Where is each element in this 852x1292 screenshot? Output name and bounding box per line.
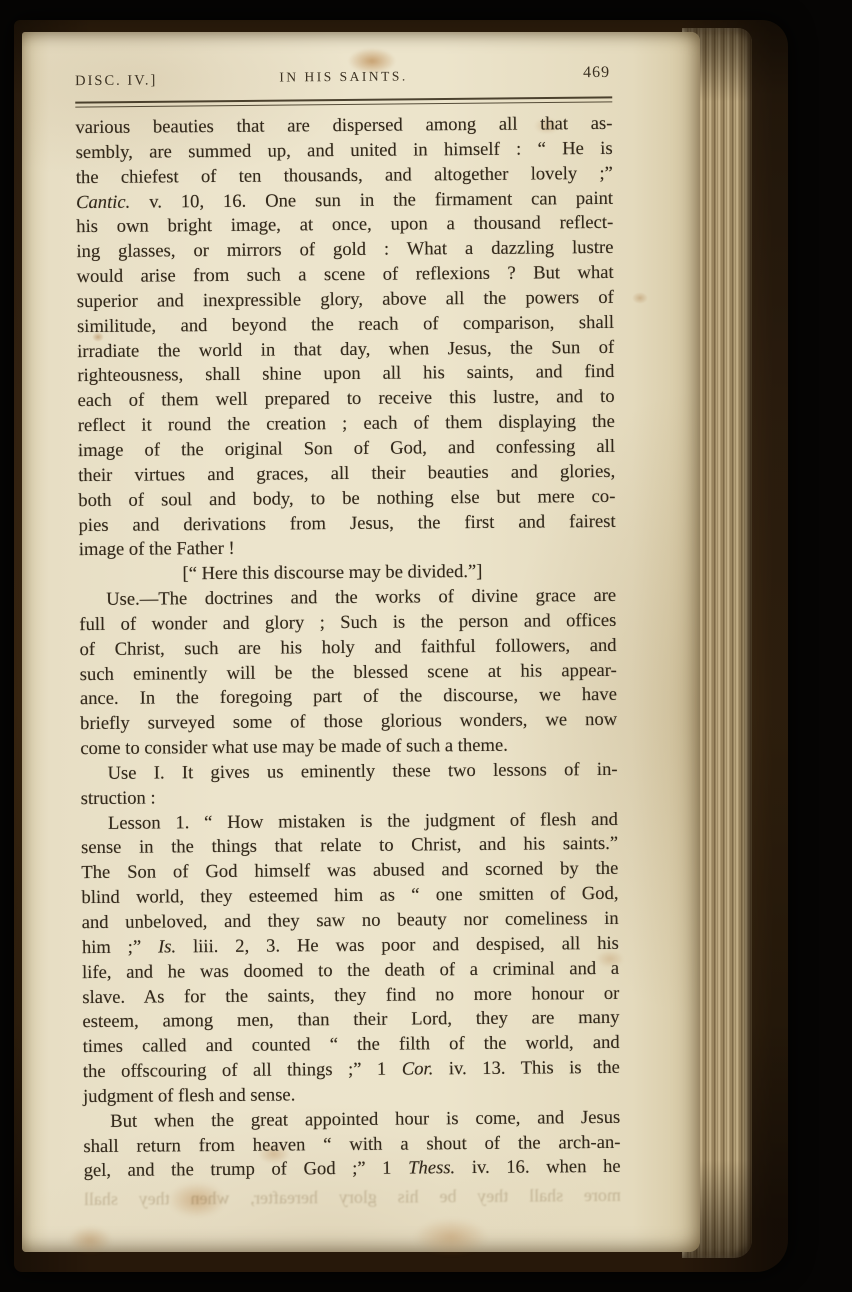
text-line: of Christ, such are his holy and faithfu… xyxy=(79,634,616,663)
text-line: briefly surveyed some of those glorious … xyxy=(80,708,617,737)
book: DISC. IV.] IN HIS SAINTS. 469 various be… xyxy=(14,20,788,1272)
text-line: gel, and the trump of God ;” 1 Thess. iv… xyxy=(84,1155,621,1184)
stain xyxy=(632,292,648,304)
body-text: various beauties that are dispersed amon… xyxy=(75,112,620,1184)
typeset-block: DISC. IV.] IN HIS SAINTS. 469 various be… xyxy=(75,66,621,1212)
text-line: life, and he was doomed to the death of … xyxy=(82,957,619,986)
stain xyxy=(414,1218,488,1256)
text-line: the offscouring of all things ;” 1 Cor. … xyxy=(83,1056,620,1085)
text-line: Use I. It gives us eminently these two l… xyxy=(80,758,617,787)
running-head: DISC. IV.] IN HIS SAINTS. 469 xyxy=(75,66,612,94)
stain xyxy=(68,1226,112,1254)
text-line: the chiefest of ten thousands, and altog… xyxy=(76,162,613,191)
text-line: But when the great appointed hour is com… xyxy=(83,1106,620,1135)
text-line: him ;” Is. liii. 2, 3. He was poor and d… xyxy=(82,932,619,961)
scanned-book-page: DISC. IV.] IN HIS SAINTS. 469 various be… xyxy=(22,32,700,1252)
text-line: pies and derivations from Jesus, the fir… xyxy=(78,509,615,538)
text-line: their virtues and graces, all their beau… xyxy=(78,460,615,489)
text-line: both of soul and body, to be nothing els… xyxy=(78,485,615,514)
text-line: sembly, are summed up, and united in him… xyxy=(76,137,613,166)
text-line: similitude, and beyond the reach of comp… xyxy=(77,311,614,340)
text-line: full of wonder and glory ; Such is the p… xyxy=(79,609,616,638)
text-line: superior and inexpressible glory, above … xyxy=(77,286,614,315)
showthrough-line: more shall they be his glory hereafter, … xyxy=(84,1183,621,1212)
discourse-number: DISC. IV.] xyxy=(75,72,157,90)
header-double-rule xyxy=(75,96,612,107)
showthrough-text: more shall they be his glory hereafter, … xyxy=(84,1183,621,1212)
page-number: 469 xyxy=(583,64,610,82)
